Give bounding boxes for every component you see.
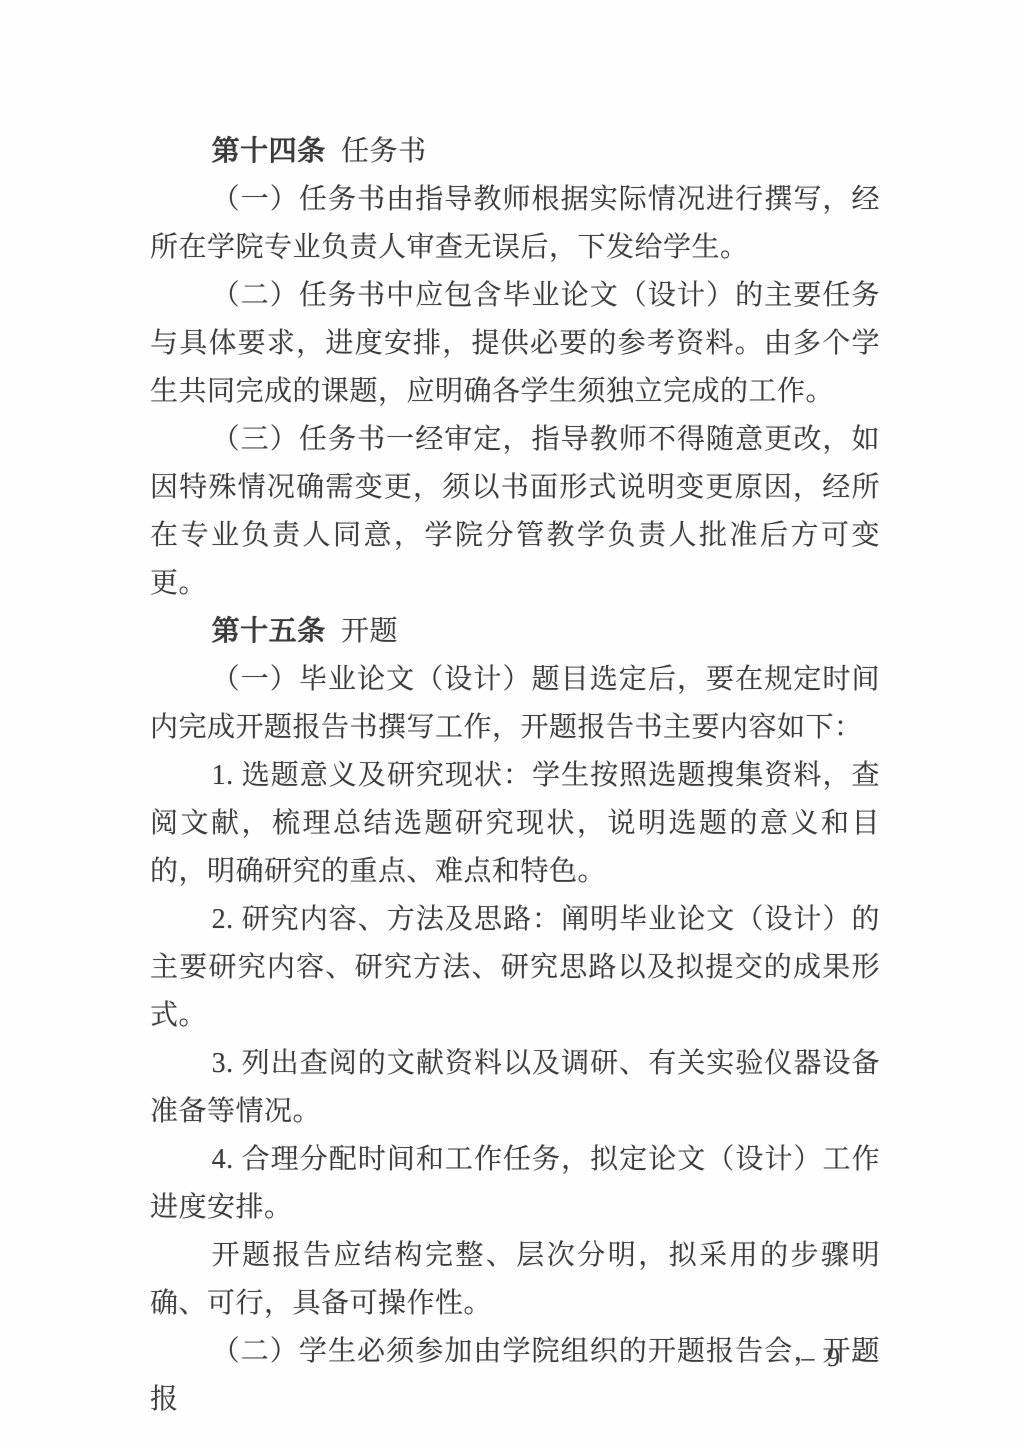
paragraph: （一）毕业论文（设计）题目选定后，要在规定时间内完成开题报告书撰写工作，开题报告… <box>150 656 880 752</box>
document-body: 第十四条任务书 （一）任务书由指导教师根据实际情况进行撰写，经所在学院专业负责人… <box>150 128 880 1424</box>
paragraph: （二）任务书中应包含毕业论文（设计）的主要任务与具体要求，进度安排，提供必要的参… <box>150 272 880 416</box>
list-item-2: 2. 研究内容、方法及思路：阐明毕业论文（设计）的主要研究内容、研究方法、研究思… <box>150 896 880 1040</box>
article-title: 任务书 <box>341 136 427 167</box>
list-item-1: 1. 选题意义及研究现状：学生按照选题搜集资料，查阅文献，梳理总结选题研究现状，… <box>150 752 880 896</box>
page-number: – 9 – <box>798 1340 872 1376</box>
paragraph: （一）任务书由指导教师根据实际情况进行撰写，经所在学院专业负责人审查无误后，下发… <box>150 176 880 272</box>
article-number: 第十五条 <box>212 616 326 647</box>
article-heading-14: 第十四条任务书 <box>150 128 880 176</box>
paragraph: 开题报告应结构完整、层次分明，拟采用的步骤明确、可行，具备可操作性。 <box>150 1232 880 1328</box>
paragraph: （三）任务书一经审定，指导教师不得随意更改，如因特殊情况确需变更，须以书面形式说… <box>150 416 880 608</box>
list-item-3: 3. 列出查阅的文献资料以及调研、有关实验仪器设备准备等情况。 <box>150 1040 880 1136</box>
article-number: 第十四条 <box>212 136 326 167</box>
paragraph: （二）学生必须参加由学院组织的开题报告会，开题报 <box>150 1328 880 1424</box>
article-title: 开题 <box>341 616 398 647</box>
list-item-4: 4. 合理分配时间和工作任务，拟定论文（设计）工作进度安排。 <box>150 1136 880 1232</box>
article-heading-15: 第十五条开题 <box>150 608 880 656</box>
document-page: 第十四条任务书 （一）任务书由指导教师根据实际情况进行撰写，经所在学院专业负责人… <box>0 0 1024 1448</box>
